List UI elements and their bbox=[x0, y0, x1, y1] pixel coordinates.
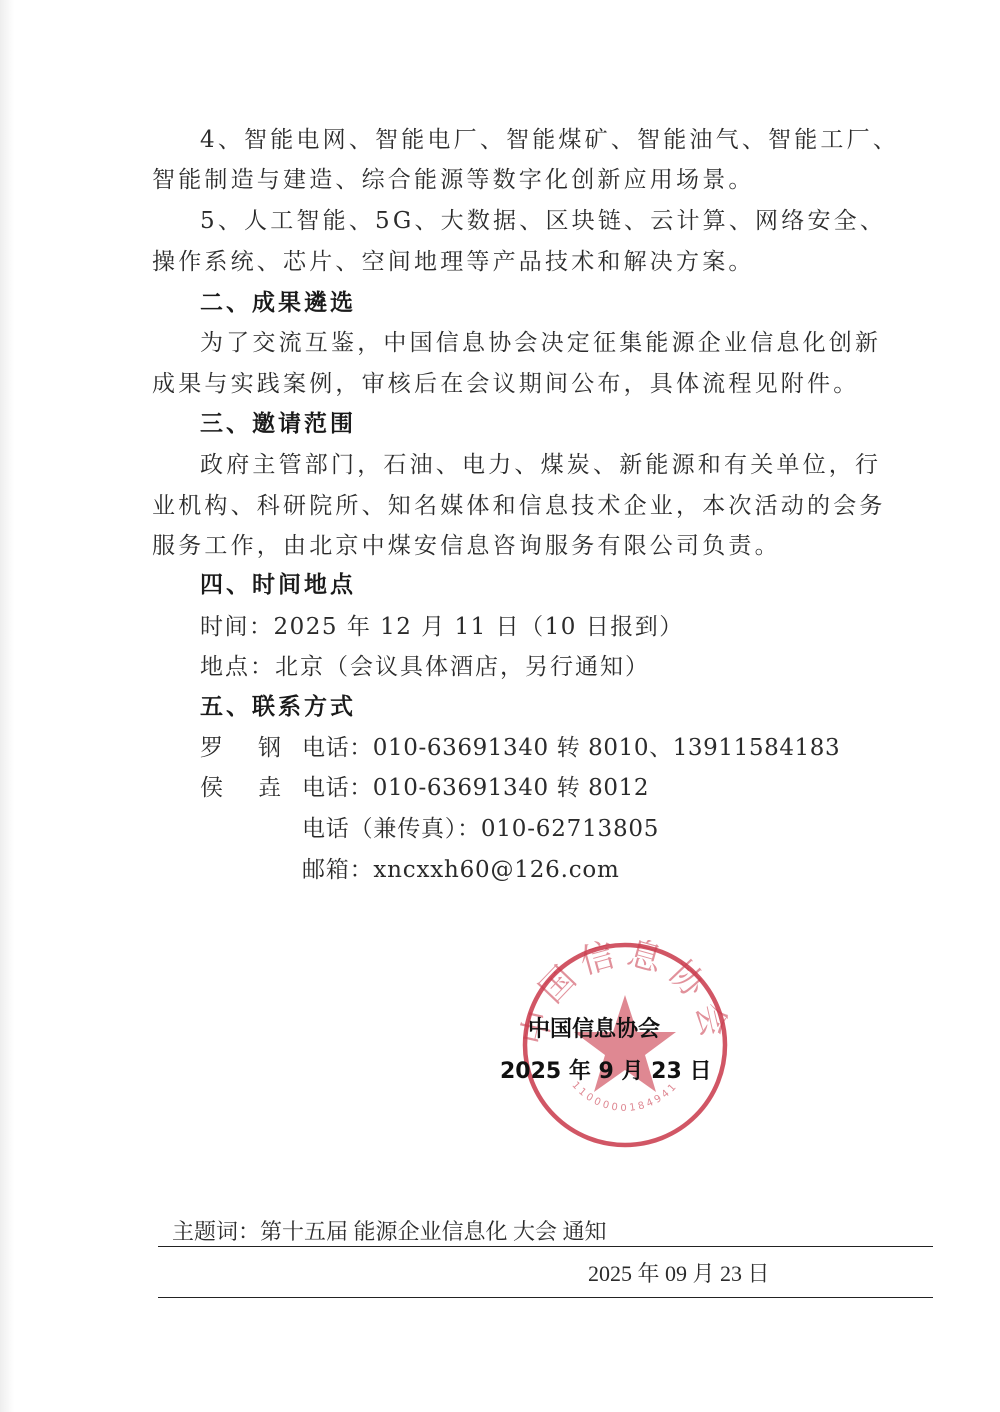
section-2-line-2: 成果与实践案例，审核后在会议期间公布，具体流程见附件。 bbox=[152, 369, 859, 399]
item-5-line-2: 操作系统、芯片、空间地理等产品技术和解决方案。 bbox=[152, 247, 755, 277]
contact-email[interactable]: 邮箱：xncxxh60@126.com bbox=[302, 855, 620, 885]
contact-phone-1: 电话：010-63691340 转 8010、13911584183 bbox=[302, 733, 840, 763]
contact-name-1: 罗 钢 bbox=[200, 733, 287, 763]
event-time: 时间：2025 年 12 月 11 日（10 日报到） bbox=[200, 612, 684, 642]
section-3-line-1: 政府主管部门，石油、电力、煤炭、新能源和有关单位，行 bbox=[200, 450, 881, 480]
section-2-line-1: 为了交流互鉴，中国信息协会决定征集能源企业信息化创新 bbox=[200, 328, 881, 358]
section-4-heading: 四、时间地点 bbox=[200, 570, 356, 600]
item-4-line-1: 4、智能电网、智能电厂、智能煤矿、智能油气、智能工厂、 bbox=[200, 125, 899, 155]
item-4-line-2: 智能制造与建造、综合能源等数字化创新应用场景。 bbox=[152, 165, 755, 195]
footer-date: 2025 年 09 月 23 日 bbox=[588, 1260, 770, 1288]
section-3-line-2: 业机构、科研院所、知名媒体和信息技术企业，本次活动的会务 bbox=[152, 491, 886, 521]
footer-rule-bottom bbox=[158, 1297, 933, 1298]
event-place: 地点：北京（会议具体酒店，另行通知） bbox=[200, 652, 650, 682]
signature-date: 2025 年 9 月 23 日 bbox=[500, 1058, 711, 1086]
item-5-line-1: 5、人工智能、5G、大数据、区块链、云计算、网络安全、 bbox=[200, 206, 886, 236]
contact-name-2: 侯 垚 bbox=[200, 773, 287, 803]
section-5-heading: 五、联系方式 bbox=[200, 692, 356, 722]
section-3-heading: 三、邀请范围 bbox=[200, 409, 356, 439]
section-2-heading: 二、成果遴选 bbox=[200, 288, 356, 318]
footer-rule-top bbox=[158, 1246, 933, 1247]
signature-org: 中国信息协会 bbox=[528, 1016, 660, 1044]
page-edge-shadow bbox=[0, 0, 14, 1412]
section-3-line-3: 服务工作，由北京中煤安信息咨询服务有限公司负责。 bbox=[152, 531, 781, 561]
official-seal-icon: 中国信息协会 1100000184941 bbox=[520, 940, 730, 1150]
contact-fax: 电话（兼传真）：010-62713805 bbox=[302, 814, 659, 844]
contact-phone-2: 电话：010-63691340 转 8012 bbox=[302, 773, 649, 803]
keywords-line: 主题词：第十五届 能源企业信息化 大会 通知 bbox=[172, 1218, 607, 1246]
